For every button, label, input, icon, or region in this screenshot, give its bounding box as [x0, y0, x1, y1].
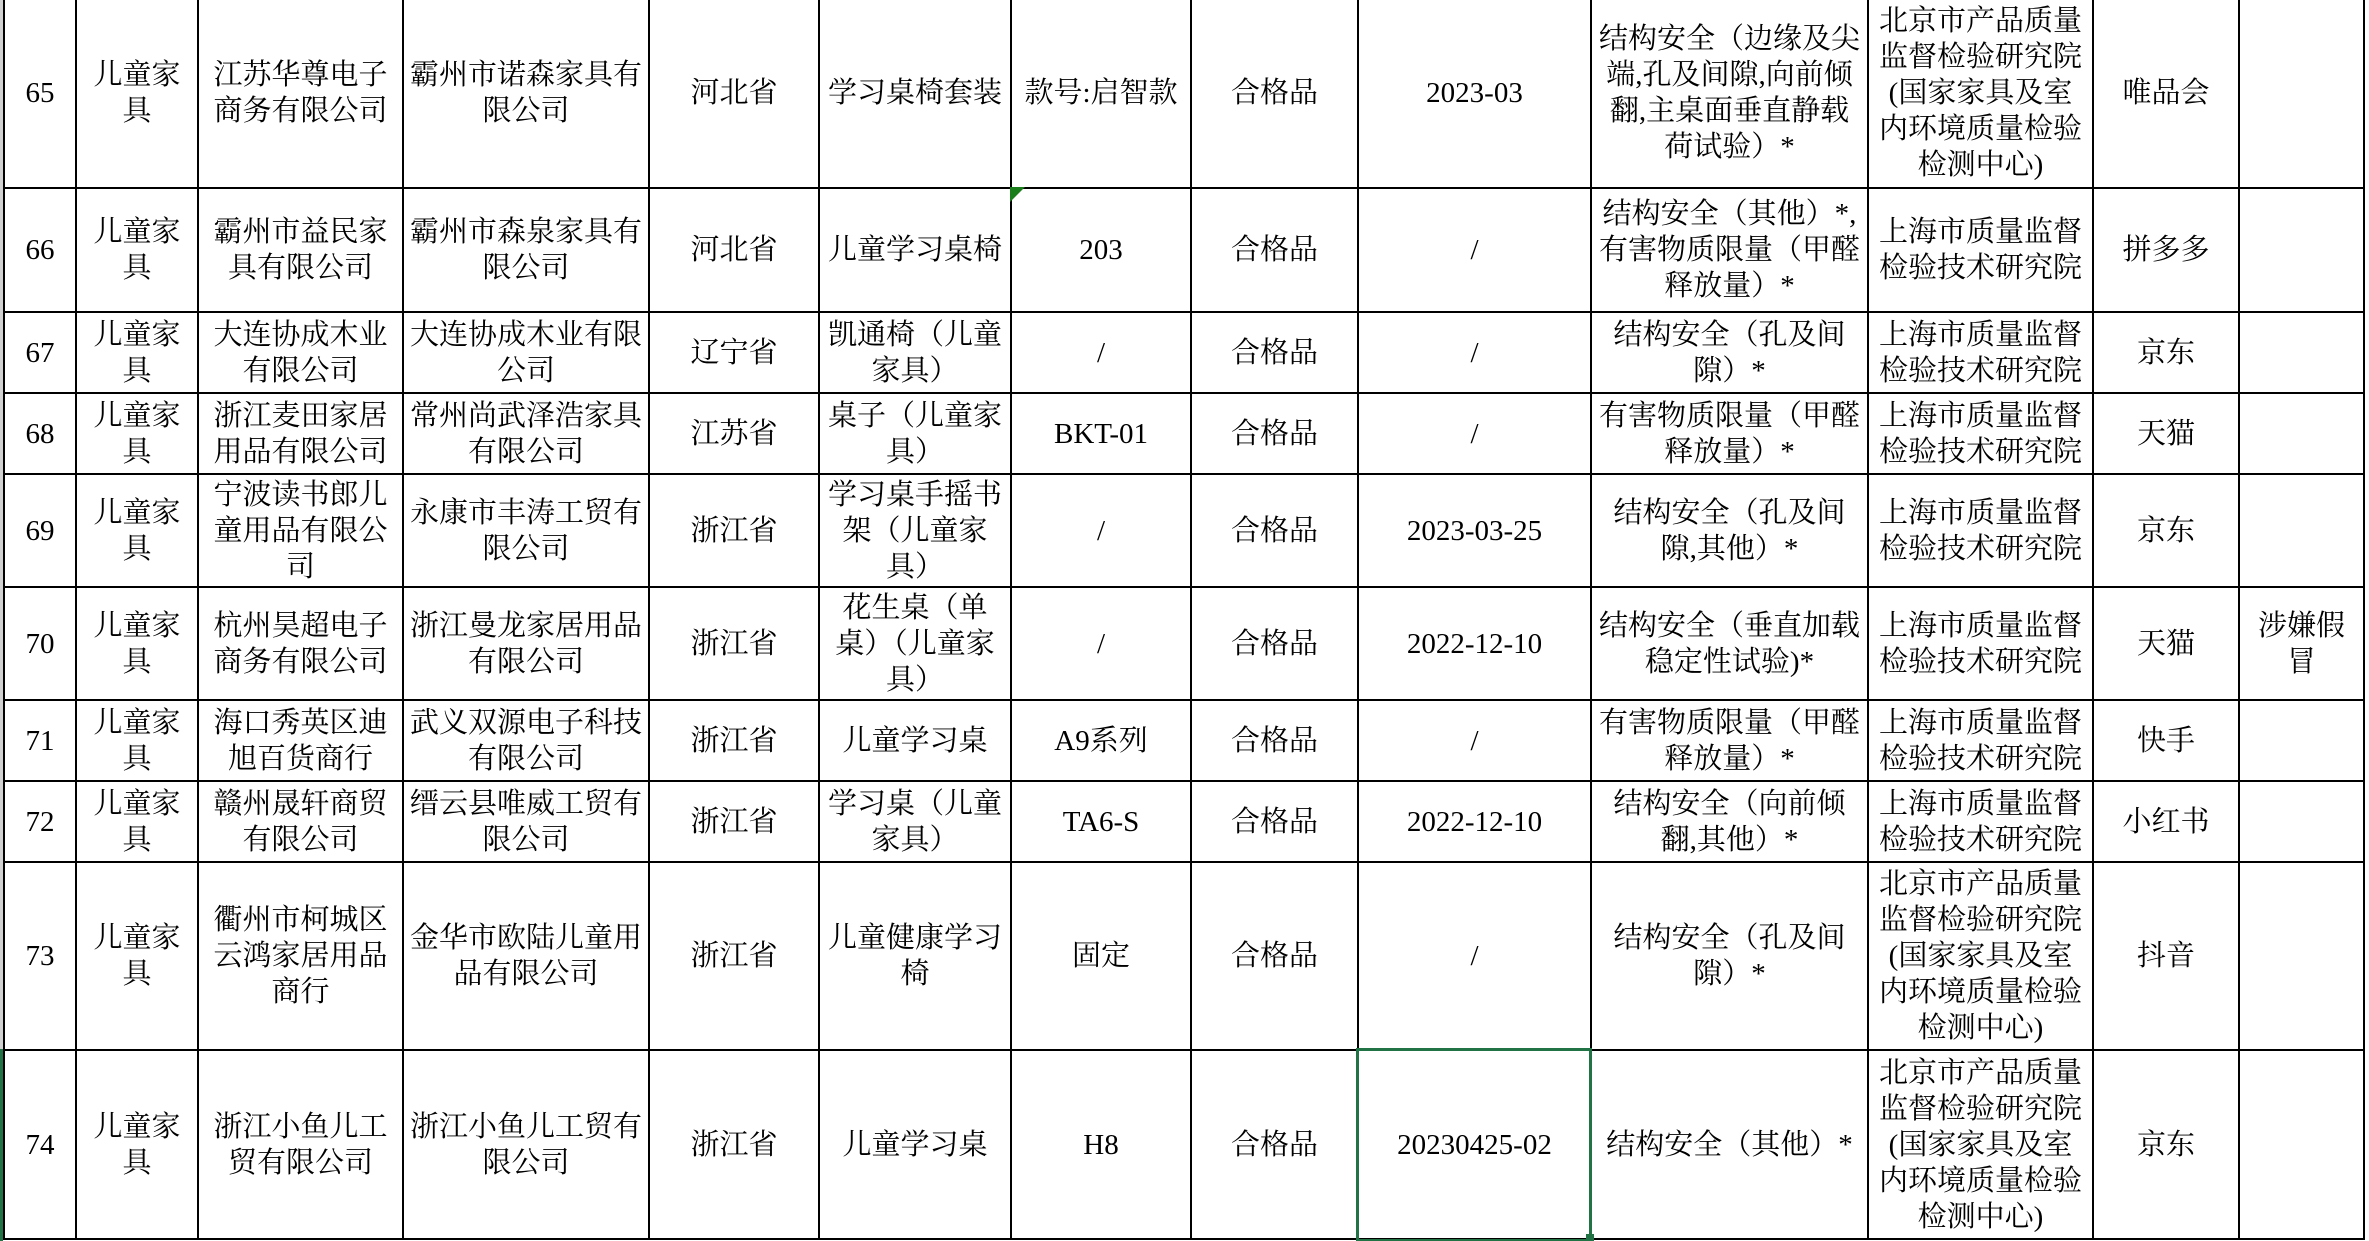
category-cell[interactable]: 儿童家具 [76, 781, 198, 862]
category-cell[interactable]: 儿童家具 [76, 312, 198, 393]
row-number[interactable]: 74 [4, 1050, 76, 1239]
test-items-cell[interactable]: 结构安全（向前倾翻,其他）* [1591, 781, 1868, 862]
product-name-cell[interactable]: 花生桌（单桌）（儿童家具） [819, 587, 1011, 700]
category-cell[interactable]: 儿童家具 [76, 700, 198, 781]
model-cell[interactable]: / [1011, 587, 1191, 700]
model-cell[interactable]: BKT-01 [1011, 393, 1191, 474]
table-row: 74儿童家具浙江小鱼儿工贸有限公司浙江小鱼儿工贸有限公司浙江省儿童学习桌H8合格… [4, 1050, 2364, 1239]
row-number[interactable]: 72 [4, 781, 76, 862]
product-name-cell[interactable]: 儿童学习桌椅 [819, 188, 1011, 312]
result-cell[interactable]: 合格品 [1191, 0, 1358, 188]
category-cell[interactable]: 儿童家具 [76, 1050, 198, 1239]
table-row: 72儿童家具赣州晟轩商贸有限公司缙云县唯威工贸有限公司浙江省学习桌（儿童家具）T… [4, 781, 2364, 862]
seller-cell[interactable]: 浙江小鱼儿工贸有限公司 [198, 1050, 403, 1239]
platform-cell[interactable]: 抖音 [2093, 862, 2239, 1050]
production-date-cell[interactable]: / [1358, 700, 1591, 781]
test-items-cell[interactable]: 结构安全（垂直加载稳定性试验)* [1591, 587, 1868, 700]
table-row: 66儿童家具霸州市益民家具有限公司霸州市森泉家具有限公司河北省儿童学习桌椅203… [4, 188, 2364, 312]
province-cell[interactable]: 辽宁省 [649, 312, 819, 393]
note-cell[interactable]: 涉嫌假冒 [2239, 587, 2364, 700]
test-items-cell[interactable]: 结构安全（边缘及尖端,孔及间隙,向前倾翻,主桌面垂直静载荷试验）* [1591, 0, 1868, 188]
table-row: 67儿童家具大连协成木业有限公司大连协成木业有限公司辽宁省凯通椅（儿童家具）/合… [4, 312, 2364, 393]
seller-cell[interactable]: 海口秀英区迪旭百货商行 [198, 700, 403, 781]
province-cell[interactable]: 河北省 [649, 0, 819, 188]
production-date-cell[interactable]: 2022-12-10 [1358, 587, 1591, 700]
production-date-cell[interactable]: / [1358, 188, 1591, 312]
product-name-cell[interactable]: 儿童学习桌 [819, 700, 1011, 781]
platform-cell[interactable]: 唯品会 [2093, 0, 2239, 188]
producer-cell[interactable]: 常州尚武泽浩家具有限公司 [403, 393, 649, 474]
table-row: 71儿童家具海口秀英区迪旭百货商行武义双源电子科技有限公司浙江省儿童学习桌A9系… [4, 700, 2364, 781]
producer-cell[interactable]: 武义双源电子科技有限公司 [403, 700, 649, 781]
province-cell[interactable]: 浙江省 [649, 700, 819, 781]
error-indicator-icon[interactable] [1010, 187, 1025, 202]
producer-cell[interactable]: 浙江曼龙家居用品有限公司 [403, 587, 649, 700]
province-cell[interactable]: 江苏省 [649, 393, 819, 474]
platform-cell[interactable]: 京东 [2093, 1050, 2239, 1239]
table-row: 65儿童家具江苏华尊电子商务有限公司霸州市诺森家具有限公司河北省学习桌椅套装款号… [4, 0, 2364, 188]
platform-cell[interactable]: 拼多多 [2093, 188, 2239, 312]
product-name-cell[interactable]: 儿童健康学习椅 [819, 862, 1011, 1050]
result-cell[interactable]: 合格品 [1191, 393, 1358, 474]
production-date-cell[interactable]: / [1358, 393, 1591, 474]
test-items-cell[interactable]: 有害物质限量（甲醛释放量）* [1591, 700, 1868, 781]
note-cell[interactable] [2239, 0, 2364, 188]
note-cell[interactable] [2239, 700, 2364, 781]
seller-cell[interactable]: 衢州市柯城区云鸿家居用品商行 [198, 862, 403, 1050]
product-name-cell[interactable]: 学习桌手摇书架（儿童家具） [819, 474, 1011, 587]
inspection-institute-cell[interactable]: 上海市质量监督检验技术研究院 [1868, 474, 2093, 587]
inspection-institute-cell[interactable]: 上海市质量监督检验技术研究院 [1868, 700, 2093, 781]
note-cell[interactable] [2239, 862, 2364, 1050]
product-name-cell[interactable]: 学习桌椅套装 [819, 0, 1011, 188]
province-cell[interactable]: 浙江省 [649, 474, 819, 587]
spreadsheet-grid: 65儿童家具江苏华尊电子商务有限公司霸州市诺森家具有限公司河北省学习桌椅套装款号… [3, 0, 2365, 1240]
note-cell[interactable] [2239, 188, 2364, 312]
producer-cell[interactable]: 霸州市诺森家具有限公司 [403, 0, 649, 188]
province-cell[interactable]: 浙江省 [649, 781, 819, 862]
inspection-institute-cell[interactable]: 上海市质量监督检验技术研究院 [1868, 188, 2093, 312]
category-cell[interactable]: 儿童家具 [76, 0, 198, 188]
seller-cell[interactable]: 浙江麦田家居用品有限公司 [198, 393, 403, 474]
result-cell[interactable]: 合格品 [1191, 474, 1358, 587]
inspection-institute-cell[interactable]: 上海市质量监督检验技术研究院 [1868, 312, 2093, 393]
seller-cell[interactable]: 杭州昊超电子商务有限公司 [198, 587, 403, 700]
row-number[interactable]: 66 [4, 188, 76, 312]
province-cell[interactable]: 河北省 [649, 188, 819, 312]
table-row: 68儿童家具浙江麦田家居用品有限公司常州尚武泽浩家具有限公司江苏省桌子（儿童家具… [4, 393, 2364, 474]
test-items-cell[interactable]: 结构安全（孔及间隙）* [1591, 312, 1868, 393]
result-cell[interactable]: 合格品 [1191, 700, 1358, 781]
note-cell[interactable] [2239, 312, 2364, 393]
note-cell[interactable] [2239, 393, 2364, 474]
test-items-cell[interactable]: 结构安全（孔及间隙）* [1591, 862, 1868, 1050]
row-number[interactable]: 70 [4, 587, 76, 700]
production-date-cell[interactable]: / [1358, 312, 1591, 393]
province-cell[interactable]: 浙江省 [649, 862, 819, 1050]
test-items-cell[interactable]: 结构安全（孔及间隙,其他）* [1591, 474, 1868, 587]
row-number[interactable]: 69 [4, 474, 76, 587]
model-cell[interactable]: 固定 [1011, 862, 1191, 1050]
category-cell[interactable]: 儿童家具 [76, 188, 198, 312]
model-cell[interactable]: H8 [1011, 1050, 1191, 1239]
result-cell[interactable]: 合格品 [1191, 1050, 1358, 1239]
production-date-cell[interactable]: 20230425-02 [1358, 1050, 1591, 1239]
table-row: 70儿童家具杭州昊超电子商务有限公司浙江曼龙家居用品有限公司浙江省花生桌（单桌）… [4, 587, 2364, 700]
row-number[interactable]: 71 [4, 700, 76, 781]
seller-cell[interactable]: 赣州晟轩商贸有限公司 [198, 781, 403, 862]
inspection-institute-cell[interactable]: 上海市质量监督检验技术研究院 [1868, 587, 2093, 700]
inspection-institute-cell[interactable]: 北京市产品质量监督检验研究院(国家家具及室内环境质量检验检测中心) [1868, 0, 2093, 188]
platform-cell[interactable]: 小红书 [2093, 781, 2239, 862]
category-cell[interactable]: 儿童家具 [76, 474, 198, 587]
inspection-institute-cell[interactable]: 上海市质量监督检验技术研究院 [1868, 393, 2093, 474]
product-name-cell[interactable]: 凯通椅（儿童家具） [819, 312, 1011, 393]
production-date-cell[interactable]: 2022-12-10 [1358, 781, 1591, 862]
seller-cell[interactable]: 大连协成木业有限公司 [198, 312, 403, 393]
row-number[interactable]: 68 [4, 393, 76, 474]
producer-cell[interactable]: 缙云县唯威工贸有限公司 [403, 781, 649, 862]
category-cell[interactable]: 儿童家具 [76, 393, 198, 474]
inspection-institute-cell[interactable]: 北京市产品质量监督检验研究院(国家家具及室内环境质量检验检测中心) [1868, 862, 2093, 1050]
test-items-cell[interactable]: 有害物质限量（甲醛释放量）* [1591, 393, 1868, 474]
result-cell[interactable]: 合格品 [1191, 188, 1358, 312]
note-cell[interactable] [2239, 1050, 2364, 1239]
seller-cell[interactable]: 宁波读书郎儿童用品有限公司 [198, 474, 403, 587]
platform-cell[interactable]: 京东 [2093, 474, 2239, 587]
fill-handle[interactable] [1586, 1234, 1594, 1241]
category-cell[interactable]: 儿童家具 [76, 862, 198, 1050]
model-cell[interactable]: / [1011, 312, 1191, 393]
producer-cell[interactable]: 永康市丰涛工贸有限公司 [403, 474, 649, 587]
result-cell[interactable]: 合格品 [1191, 862, 1358, 1050]
production-date-cell[interactable]: / [1358, 862, 1591, 1050]
inspection-results-table: 65儿童家具江苏华尊电子商务有限公司霸州市诺森家具有限公司河北省学习桌椅套装款号… [3, 0, 2365, 1240]
row-number[interactable]: 65 [4, 0, 76, 188]
row-number[interactable]: 73 [4, 862, 76, 1050]
result-cell[interactable]: 合格品 [1191, 781, 1358, 862]
inspection-institute-cell[interactable]: 北京市产品质量监督检验研究院(国家家具及室内环境质量检验检测中心) [1868, 1050, 2093, 1239]
platform-cell[interactable]: 快手 [2093, 700, 2239, 781]
producer-cell[interactable]: 大连协成木业有限公司 [403, 312, 649, 393]
product-name-cell[interactable]: 桌子（儿童家具） [819, 393, 1011, 474]
product-name-cell[interactable]: 学习桌（儿童家具） [819, 781, 1011, 862]
platform-cell[interactable]: 天猫 [2093, 587, 2239, 700]
production-date-cell[interactable]: 2023-03-25 [1358, 474, 1591, 587]
platform-cell[interactable]: 京东 [2093, 312, 2239, 393]
model-cell[interactable]: A9系列 [1011, 700, 1191, 781]
result-cell[interactable]: 合格品 [1191, 587, 1358, 700]
result-cell[interactable]: 合格品 [1191, 312, 1358, 393]
table-row: 69儿童家具宁波读书郎儿童用品有限公司永康市丰涛工贸有限公司浙江省学习桌手摇书架… [4, 474, 2364, 587]
test-items-cell[interactable]: 结构安全（其他）*,有害物质限量（甲醛释放量）* [1591, 188, 1868, 312]
seller-cell[interactable]: 江苏华尊电子商务有限公司 [198, 0, 403, 188]
model-cell[interactable]: 203 [1011, 188, 1191, 312]
producer-cell[interactable]: 金华市欧陆儿童用品有限公司 [403, 862, 649, 1050]
product-name-cell[interactable]: 儿童学习桌 [819, 1050, 1011, 1239]
province-cell[interactable]: 浙江省 [649, 587, 819, 700]
producer-cell[interactable]: 浙江小鱼儿工贸有限公司 [403, 1050, 649, 1239]
production-date-cell[interactable]: 2023-03 [1358, 0, 1591, 188]
model-cell[interactable]: 款号:启智款 [1011, 0, 1191, 188]
province-cell[interactable]: 浙江省 [649, 1050, 819, 1239]
note-cell[interactable] [2239, 474, 2364, 587]
model-cell[interactable]: TA6-S [1011, 781, 1191, 862]
test-items-cell[interactable]: 结构安全（其他）* [1591, 1050, 1868, 1239]
table-row: 73儿童家具衢州市柯城区云鸿家居用品商行金华市欧陆儿童用品有限公司浙江省儿童健康… [4, 862, 2364, 1050]
producer-cell[interactable]: 霸州市森泉家具有限公司 [403, 188, 649, 312]
seller-cell[interactable]: 霸州市益民家具有限公司 [198, 188, 403, 312]
note-cell[interactable] [2239, 781, 2364, 862]
row-number[interactable]: 67 [4, 312, 76, 393]
platform-cell[interactable]: 天猫 [2093, 393, 2239, 474]
inspection-institute-cell[interactable]: 上海市质量监督检验技术研究院 [1868, 781, 2093, 862]
model-cell[interactable]: / [1011, 474, 1191, 587]
category-cell[interactable]: 儿童家具 [76, 587, 198, 700]
